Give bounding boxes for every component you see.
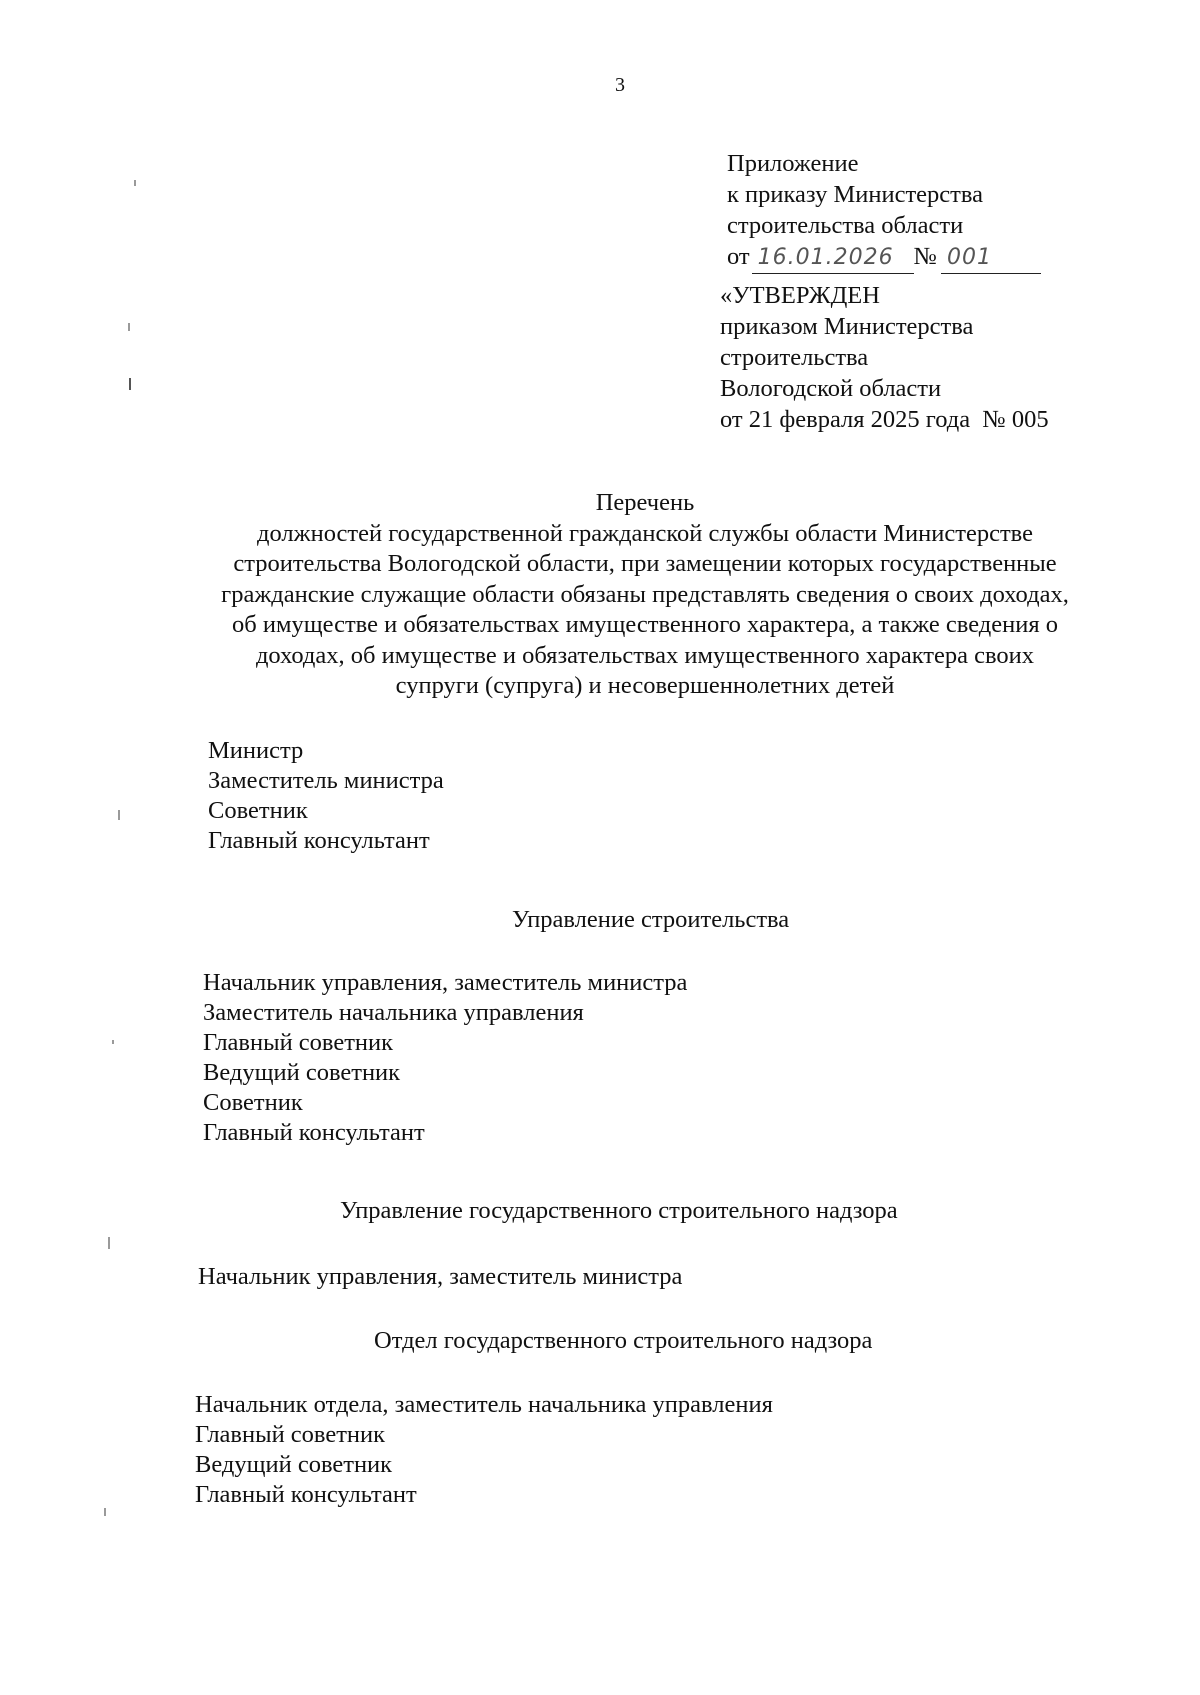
approval-line: «УТВЕРЖДЕН [720,280,1049,311]
number-sign: № [914,243,937,270]
approval-line: строительства [720,342,1049,373]
position-item: Министр [208,736,444,766]
leadership-positions: Министр Заместитель министра Советник Гл… [208,736,444,856]
scan-artifact [134,180,136,186]
position-item: Советник [203,1088,687,1118]
scan-artifact [128,323,130,331]
scan-artifact [108,1237,110,1249]
title-line: об имуществе и обязательствах имуществен… [150,610,1140,641]
title-line: гражданские служащие области обязаны пре… [150,580,1140,611]
title-heading: Перечень [150,488,1140,519]
section-positions: Начальник управления, заместитель минист… [203,968,687,1148]
handwritten-date: 16.01.2026 [752,242,914,274]
appendix-line: к приказу Министерства [727,179,1041,210]
position-item: Главный консультант [208,826,444,856]
appendix-block: Приложение к приказу Министерства строит… [727,148,1041,274]
appendix-line: строительства области [727,210,1041,241]
section-positions: Начальник управления, заместитель минист… [198,1262,682,1292]
document-title: Перечень должностей государственной граж… [150,488,1140,702]
handwritten-number: 001 [941,242,1041,274]
position-item: Начальник управления, заместитель минист… [198,1262,682,1292]
position-item: Главный советник [203,1028,687,1058]
title-line: должностей государственной гражданской с… [150,519,1140,550]
page-number: 3 [0,74,1200,97]
position-item: Советник [208,796,444,826]
title-line: супруги (супруга) и несовершеннолетних д… [150,671,1140,702]
scan-artifact [112,1040,114,1044]
section-heading: Управление строительства [512,906,789,934]
section-positions: Начальник отдела, заместитель начальника… [195,1390,773,1510]
position-item: Главный советник [195,1420,773,1450]
approval-block: «УТВЕРЖДЕН приказом Министерства строите… [720,280,1049,435]
appendix-date-line: от16.01.2026№001 [727,241,1041,274]
position-item: Заместитель начальника управления [203,998,687,1028]
scan-artifact [118,810,120,820]
date-prefix: от [727,243,750,270]
approval-line: приказом Министерства [720,311,1049,342]
approval-line: Вологодской области [720,373,1049,404]
section-heading: Управление государственного строительног… [340,1197,898,1225]
title-line: доходах, об имуществе и обязательствах и… [150,641,1140,672]
scan-artifact [129,378,131,390]
position-item: Ведущий советник [195,1450,773,1480]
position-item: Главный консультант [195,1480,773,1510]
position-item: Главный консультант [203,1118,687,1148]
approval-line: от 21 февраля 2025 года № 005 [720,404,1049,435]
section-heading: Отдел государственного строительного над… [374,1327,872,1355]
position-item: Заместитель министра [208,766,444,796]
position-item: Ведущий советник [203,1058,687,1088]
position-item: Начальник управления, заместитель минист… [203,968,687,998]
appendix-line: Приложение [727,148,1041,179]
title-line: строительства Вологодской области, при з… [150,549,1140,580]
position-item: Начальник отдела, заместитель начальника… [195,1390,773,1420]
scan-artifact [104,1508,106,1516]
